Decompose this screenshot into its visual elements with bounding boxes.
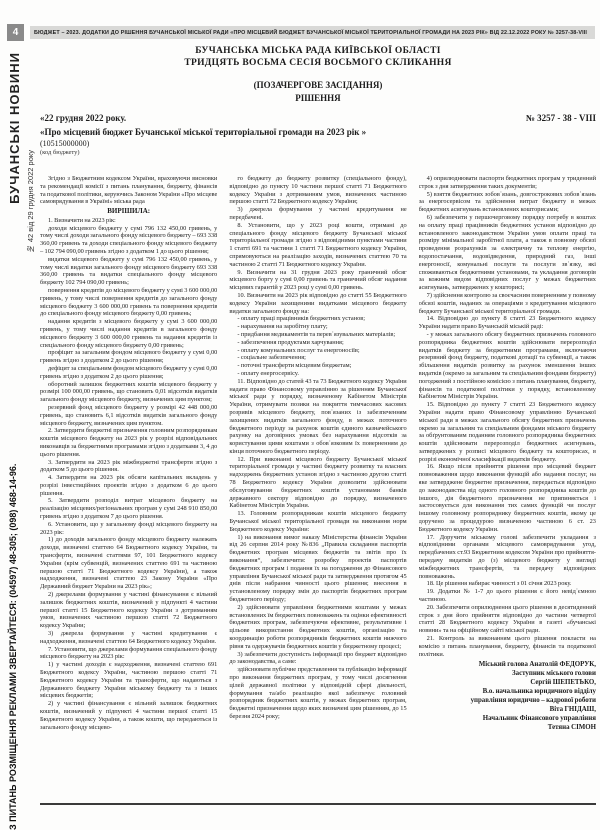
paragraph: 6. Установити, що у загальному фонді міс…: [40, 521, 217, 537]
paragraph: 10. Визначити на 2023 рік відповідно до …: [229, 292, 406, 315]
budget-code: (10515000000): [40, 139, 596, 148]
left-sidebar: БУЧАНСЬКІ НОВИНИ № 42 від 29 грудня 2022…: [0, 0, 36, 830]
running-head: БЮДЖЕТ – 2023. ДОДАТКИ ДО РІШЕННЯ БУЧАНС…: [30, 26, 595, 39]
paragraph: - оплату комунальних послуг та енергонос…: [229, 347, 406, 355]
issue-number: № 42 від 29 грудня 2022 року: [26, 150, 35, 253]
paragraph: 1. Визначити на 2023 рік:: [40, 217, 217, 225]
paragraph: 5) взяття бюджетних зобов᾽язань, довгост…: [419, 191, 596, 214]
session-name: ТРИДЦЯТЬ ВОСЬМА СЕСІЯ ВОСЬМОГО СКЛИКАННЯ: [40, 58, 596, 68]
advertising-contact: З ПИТАНЬ РОЗМІЩЕННЯ РЕКЛАМИ ЗВЕРТАЙТЕСЯ:…: [8, 385, 18, 830]
paragraph: 12. При виконанні місцевого бюджету Буча…: [229, 456, 406, 511]
paragraph: - придбання медикаментів та перев᾽язувал…: [229, 331, 406, 339]
date-number-row: «22 грудня 2022 року. № 3257 - 38 - VIII: [40, 113, 596, 123]
paragraph: ВИРІШИЛА:: [40, 207, 217, 216]
paragraph: - оплату енергосервісу.: [229, 370, 406, 378]
budget-code-label: (код бюджету): [40, 149, 596, 156]
paragraph: доходи місцевого бюджету у сумі 796 132 …: [40, 225, 217, 256]
paragraph: 3. Затвердити на 2023 рік міжбюджетні тр…: [40, 459, 217, 475]
paragraph: - у межах загального обсягу бюджетних пр…: [419, 331, 596, 401]
council-name: БУЧАНСЬКА МІСЬКА РАДА КИЇВСЬКОЇ ОБЛАСТІ: [40, 46, 596, 56]
paragraph: 17. Доручити міському голові забезпечити…: [419, 534, 596, 581]
signature-line: В.о. начальника юридичного відділу: [419, 688, 596, 697]
paragraph: 3) джерела формування у частині кредитув…: [229, 206, 406, 222]
paragraph: видатки місцевого бюджету у сумі 796 132…: [40, 256, 217, 287]
paragraph: 1) у частині доходів є надходження, визн…: [40, 661, 217, 700]
paragraph: 1) до доходів загального фонду місцевого…: [40, 536, 217, 591]
paragraph: 4) оприлюднювати паспорти бюджетних прог…: [419, 175, 596, 191]
signature-line: Тетяна СІМОН: [419, 724, 596, 733]
paragraph: 6) забезпечити у першочерговому порядку …: [419, 214, 596, 292]
paragraph: 7) здійснення контролю за своєчасним пов…: [419, 292, 596, 315]
paragraph: 18. Це рішення набирає чинності з 01 січ…: [419, 580, 596, 588]
paragraph: - поточні трансферти місцевим бюджетам;: [229, 362, 406, 370]
paragraph: 21. Контроль за виконанням цього рішення…: [419, 635, 596, 658]
column-right: 4) оприлюднювати паспорти бюджетних прог…: [419, 175, 596, 797]
paragraph: оборотний залишок бюджетних коштів місце…: [40, 381, 217, 404]
signature-block: Міський голова Анатолій ФЕДОРУК,Заступни…: [419, 661, 596, 733]
paragraph: 2) здійснювати управління бюджетними кош…: [229, 604, 406, 651]
signature-line: Сергій ШЕПЕТЬКО,: [419, 679, 596, 688]
paragraph: 13. Головним розпорядникам коштів місцев…: [229, 510, 406, 533]
paragraph: повернення кредитів до місцевого бюджету…: [40, 287, 217, 318]
paragraph: го бюджету до бюджету розвитку (спеціаль…: [229, 175, 406, 206]
paragraph: 1) на виконання вимог наказу Міністерств…: [229, 534, 406, 604]
paragraph: 19. Додатки № 1-7 до цього рішення є йог…: [419, 588, 596, 604]
paragraph: Згідно з Бюджетним кодексом України, вра…: [40, 175, 217, 206]
paragraph: здійснювати публічне представлення та пу…: [229, 666, 406, 721]
article-columns: Згідно з Бюджетним кодексом України, вра…: [40, 175, 596, 797]
paragraph: 14. Відповідно до пункту 8 статті 23 Бюд…: [419, 315, 596, 331]
column-right-text: 4) оприлюднювати паспорти бюджетних прог…: [419, 175, 596, 658]
column-left: Згідно з Бюджетним кодексом України, вра…: [40, 175, 217, 797]
session-type: (ПОЗАЧЕРГОВЕ ЗАСІДАННЯ): [40, 80, 596, 90]
paragraph: - нарахування на заробітну плату;: [229, 323, 406, 331]
paragraph: надання кредитів з місцевого бюджету у с…: [40, 318, 217, 349]
paragraph: 16. Якщо після прийняття рішення про міс…: [419, 463, 596, 533]
document-header: БУЧАНСЬКА МІСЬКА РАДА КИЇВСЬКОЇ ОБЛАСТІ …: [40, 46, 596, 156]
signature-line: управління юридично – кадрової роботи: [419, 697, 596, 706]
paragraph: резервний фонд місцевого бюджету у розмі…: [40, 404, 217, 427]
signature-line: Міський голова Анатолій ФЕДОРУК,: [419, 661, 596, 670]
document-type: РІШЕННЯ: [40, 93, 596, 103]
paragraph: 20. Забезпечити оприлюднення цього рішен…: [419, 604, 596, 635]
signature-line: Заступник міського голови: [419, 670, 596, 679]
newspaper-page: БУЧАНСЬКІ НОВИНИ № 42 від 29 грудня 2022…: [0, 0, 600, 830]
decision-date: «22 грудня 2022 року.: [40, 113, 126, 123]
paragraph: 8. Установити, що у 2023 році кошти, отр…: [229, 222, 406, 269]
paragraph: 9. Визначити на 31 грудня 2023 року гран…: [229, 269, 406, 292]
page-number: 4: [7, 24, 24, 41]
paragraph: 2) у частині фінансування є вільний зали…: [40, 700, 217, 731]
paragraph: - соціальне забезпечення;: [229, 354, 406, 362]
decision-title: «Про місцевий бюджет Бучанської міської …: [40, 127, 596, 137]
paragraph: 11. Відповідно до статей 43 та 73 Бюджет…: [229, 378, 406, 456]
paragraph: 4. Затвердити на 2023 рік обсяги капітал…: [40, 474, 217, 497]
footer-rule: [40, 803, 596, 805]
paragraph: - оплату праці працівників бюджетних уст…: [229, 315, 406, 323]
paragraph: 2. Затвердити бюджетні призначення голов…: [40, 427, 217, 458]
paragraph: 2) джерелами формування у частині фінанс…: [40, 591, 217, 630]
paragraph: 5. Затвердити розподіл витрат місцевого …: [40, 497, 217, 520]
signature-line: Начальник Фінансового управління: [419, 715, 596, 724]
paragraph: 3) джерела формування у частині кредитув…: [40, 630, 217, 646]
decision-number: № 3257 - 38 - VIII: [526, 113, 596, 123]
paragraph: 3) забезпечити доступність інформації пр…: [229, 651, 406, 667]
paragraph: 15. Відповідно до пункту 7 статті 23 Бюд…: [419, 401, 596, 463]
paragraph: - забезпечення продуктами харчування;: [229, 339, 406, 347]
signature-line: Віта ГНІДАШ,: [419, 706, 596, 715]
paragraph: 7. Установити, що джерелами формування с…: [40, 646, 217, 662]
column-middle: го бюджету до бюджету розвитку (спеціаль…: [229, 175, 406, 797]
paragraph: профіцит за загальним фондом місцевого б…: [40, 349, 217, 365]
newspaper-masthead: БУЧАНСЬКІ НОВИНИ: [7, 52, 22, 204]
paragraph: дефіцит за спеціальним фондом місцевого …: [40, 365, 217, 381]
